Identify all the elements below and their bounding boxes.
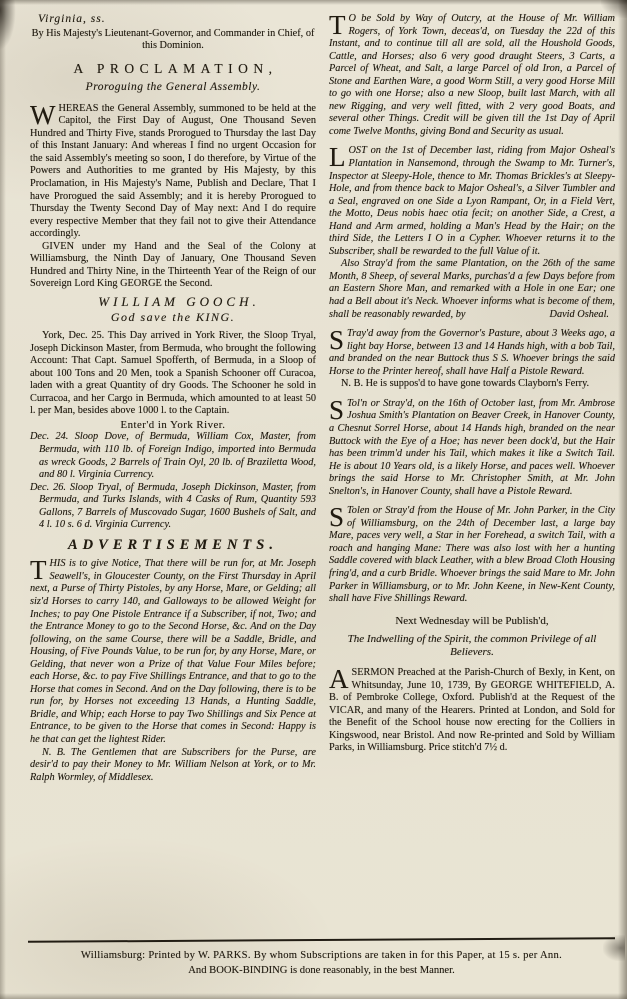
stolen-sorrel-text: Tol'n or Stray'd, on the 16th of October… [329,398,615,497]
whereas-paragraph: WHEREAS the General Assembly, summoned t… [30,103,316,241]
indwelling-title: The Indwelling of the Spirit, the common… [329,633,615,659]
dropcap-s: S [329,505,347,529]
page-body: Virginia, ss. By His Majesty's Lieutenan… [0,0,627,999]
entered-heading: Enter'd in York River. [30,419,316,432]
dropcap-t: T [329,13,349,37]
dropcap-s: S [329,398,347,422]
dateline: Virginia, ss. [30,13,316,26]
strayed-horse-ad: STray'd away from the Governor's Pasture… [329,328,615,378]
outcry-sale-ad: TO be Sold by Way of Outcry, at the Hous… [329,13,615,138]
next-published-heading: Next Wednesday will be Publish'd, [329,615,615,628]
lost-tumbler-text: OST on the 1st of December last, riding … [329,145,615,256]
proclamation-title: A PROCLAMATION, [30,63,316,76]
god-save-king-motto: God save the KING. [30,311,316,324]
ship-entry: Dec. 26. Sloop Tryal, of Bermuda, Joseph… [30,482,316,532]
dropcap-a: A [329,667,352,691]
nb-subscribers: N. B. The Gentlemen that are Subscribers… [30,747,316,785]
left-column: Virginia, ss. By His Majesty's Lieutenan… [30,13,316,999]
sermon-text: SERMON Preached at the Parish-Church of … [329,667,615,753]
outcry-sale-text: O be Sold by Way of Outcry, at the House… [329,13,615,137]
lost-tumbler-ad: LOST on the 1st of December last, riding… [329,145,615,258]
imprint-footer: Williamsburg: Printed by W. PARKS. By wh… [26,949,617,978]
proclamation-subtitle: Proroguing the General Assembly. [30,81,316,94]
dropcap-s: S [329,328,347,352]
governor-byline: By His Majesty's Lieutenant-Governor, an… [30,28,316,53]
strayed-horse-text: Tray'd away from the Governor's Pasture,… [329,328,615,377]
horse-race-notice-text: HIS is to give Notice, That there will b… [30,558,316,745]
stolen-mare-ad: STolen or Stray'd from the House of Mr. … [329,505,615,605]
dropcap-t: T [30,558,50,582]
governor-signature: WILLIAM GOOCH. [42,296,316,309]
horse-race-notice: THIS is to give Notice, That there will … [30,558,316,746]
dropcap-w: W [30,103,58,127]
given-paragraph: GIVEN under my Hand and the Seal of the … [30,241,316,291]
sermon-ad: ASERMON Preached at the Parish-Church of… [329,667,615,755]
nb-clayborns-ferry: N. B. He is suppos'd to have gone toward… [329,378,615,391]
york-news-paragraph: York, Dec. 25. This Day arrived in York … [30,330,316,418]
imprint-line-2: And BOOK-BINDING is done reasonably, in … [26,964,617,979]
stolen-mare-text: Tolen or Stray'd from the House of Mr. J… [329,505,615,604]
advertisements-heading: ADVERTISEMENTS. [30,539,316,552]
imprint-line-1: Williamsburg: Printed by W. PARKS. By wh… [26,949,617,964]
ship-entry: Dec. 24. Sloop Dove, of Bermuda, William… [30,431,316,481]
newspaper-page: { "page": { "paper_color": "#e9e4d4", "i… [0,0,627,999]
dropcap-l: L [329,145,349,169]
right-column: TO be Sold by Way of Outcry, at the Hous… [329,13,615,999]
stolen-sorrel-horse-ad: STol'n or Stray'd, on the 16th of Octobe… [329,398,615,498]
whereas-text: HEREAS the General Assembly, summoned to… [30,103,316,239]
